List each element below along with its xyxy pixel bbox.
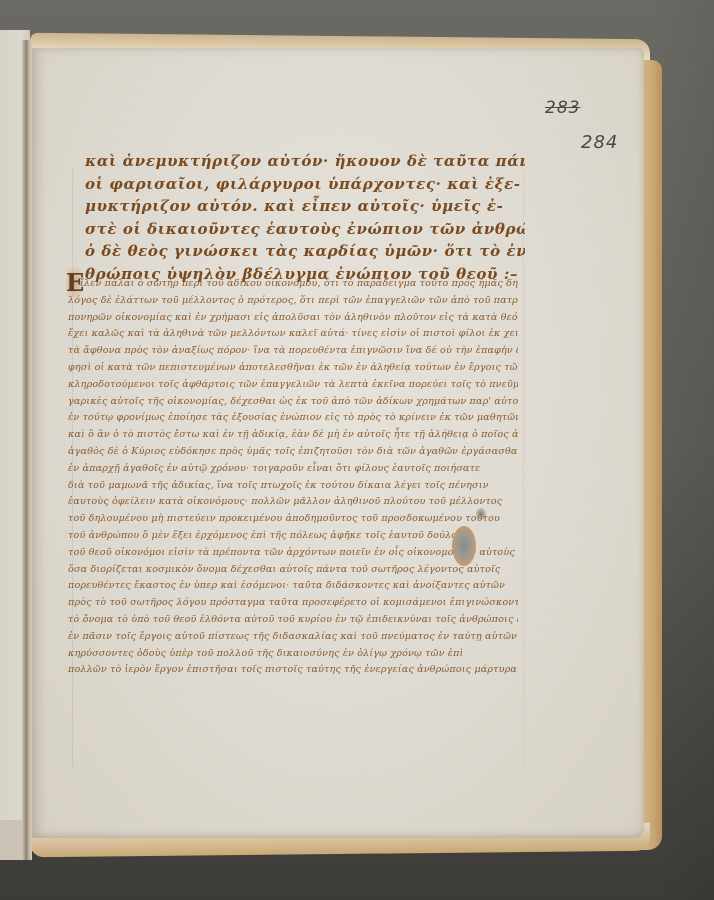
commentary-line: ἐν πᾶσιν τοῖς ἔργοις αὐτοῦ πίστεως τῆς δ…: [68, 629, 518, 646]
folio-number: 284: [581, 132, 618, 153]
commentary-line: τοῦ δηλουμένου μὴ πιστεύειν προκειμένου …: [68, 511, 518, 528]
commentary-line: κληροδοτούμενοι τοῖς ἀφθάρτοις τῶν ἐπαγγ…: [68, 377, 518, 394]
commentary-line: [68, 679, 518, 696]
scripture-text-block: καὶ ἀνεμυκτήριζον αὐτόν· ἤκουον δὲ ταῦτα…: [85, 150, 525, 286]
ink-stain: [476, 508, 486, 520]
commentary-line: ἑαυτοὺς ὀφείλειν κατὰ οἰκονόμους· πολλῶν…: [68, 494, 518, 511]
commentary-line: ἐν ἀπαρχῇ ἀγαθοῖς ἐν αὐτῷ χρόνου· τοιγαρ…: [68, 461, 518, 478]
commentary-line: πρὸς τὸ τοῦ σωτῆρος λόγου πρόσταγμα ταῦτ…: [68, 595, 518, 612]
commentary-line: γαρικὲς αὐτοῖς τῆς οἰκονομίας, δέχεσθαι …: [68, 394, 518, 411]
commentary-line: πονηρῶν οἰκονομίας καὶ ἐν χρήμασι εἰς ἀπ…: [68, 310, 518, 327]
commentary-line: ὅσα διορίζεται κοσμικὸν ὄνομα δέχεσθαι α…: [68, 562, 518, 579]
commentary-line: κηρύσσοντες ὁδοὺς ὑπὲρ τοῦ πολλοῦ τῆς δι…: [68, 646, 518, 663]
commentary-line: τὰ ἄφθονα πρὸς τὸν ἀναξίως πόρον· ἵνα τὰ…: [68, 343, 518, 360]
scripture-line: οἱ φαρισαῖοι, φιλάργυροι ὑπάρχοντες· καὶ…: [85, 173, 525, 196]
old-folio-number: 283: [545, 98, 580, 118]
commentary-line: ἐν τούτῳ φρονίμως ἐποίησε τὰς ἐξουσίας ἐ…: [68, 410, 518, 427]
ink-stain: [452, 526, 476, 566]
commentary-line: καὶ ὃ ἂν ὁ τὸ πιστὸς ἔστω καὶ ἐν τῇ ἀδικ…: [68, 427, 518, 444]
commentary-line: ἀγαθὸς δὲ ὁ Κύριος εὐδόκησε πρὸς ὑμᾶς το…: [68, 444, 518, 461]
commentary-line: [68, 696, 518, 713]
commentary-line: ἴλεν πάλαι ὁ σωτὴρ περὶ τοῦ ἀδίκου οἰκον…: [68, 276, 518, 293]
commentary-line: λόγος δὲ ἐλάττων τοῦ μέλλοντος ὁ πρότερο…: [68, 293, 518, 310]
commentary-text-block: ἴλεν πάλαι ὁ σωτὴρ περὶ τοῦ ἀδίκου οἰκον…: [68, 276, 518, 713]
commentary-line: τὸ ὄνομα τὸ ὑπὸ τοῦ θεοῦ ἐλθόντα αὐτοῦ τ…: [68, 612, 518, 629]
scripture-line: ὁ δὲ θεὸς γινώσκει τὰς καρδίας ὑμῶν· ὅτι…: [85, 240, 525, 263]
commentary-line: φησὶ οἱ κατὰ τῶν πεπιστευμένων ἀποτελεσθ…: [68, 360, 518, 377]
commentary-line: διὰ τοῦ μαμωνᾶ τῆς ἀδικίας, ἵνα τοῖς πτω…: [68, 478, 518, 495]
commentary-line: ἔχει καλῶς καὶ τὰ ἀληθινὰ τῶν μελλόντων …: [68, 326, 518, 343]
binding-gutter: [22, 40, 32, 860]
scripture-line: μυκτήριζον αὐτόν. καὶ εἶπεν αὐτοῖς· ὑμεῖ…: [85, 195, 525, 218]
facing-page-corner: [0, 820, 24, 860]
scripture-line: στὲ οἱ δικαιοῦντες ἑαυτοὺς ἐνώπιον τῶν ἀ…: [85, 218, 525, 241]
commentary-line: πολλῶν τὸ ἱερὸν ἔργον ἐπιστῆσαι τοῖς πισ…: [68, 662, 518, 679]
commentary-line: τοῦ θεοῦ οἰκονόμοι εἰσὶν τὰ πρέποντα τῶν…: [68, 545, 518, 562]
background-shadow: [654, 0, 714, 900]
scripture-line: καὶ ἀνεμυκτήριζον αὐτόν· ἤκουον δὲ ταῦτα…: [85, 150, 525, 173]
commentary-line: πορευθέντες ἕκαστος ἐν ὑπερ καὶ ἐσόμενοι…: [68, 578, 518, 595]
commentary-line: τοῦ ἀνθρώπου ὅ μὲν ἕξει ἐρχόμενος ἐπὶ τῆ…: [68, 528, 518, 545]
